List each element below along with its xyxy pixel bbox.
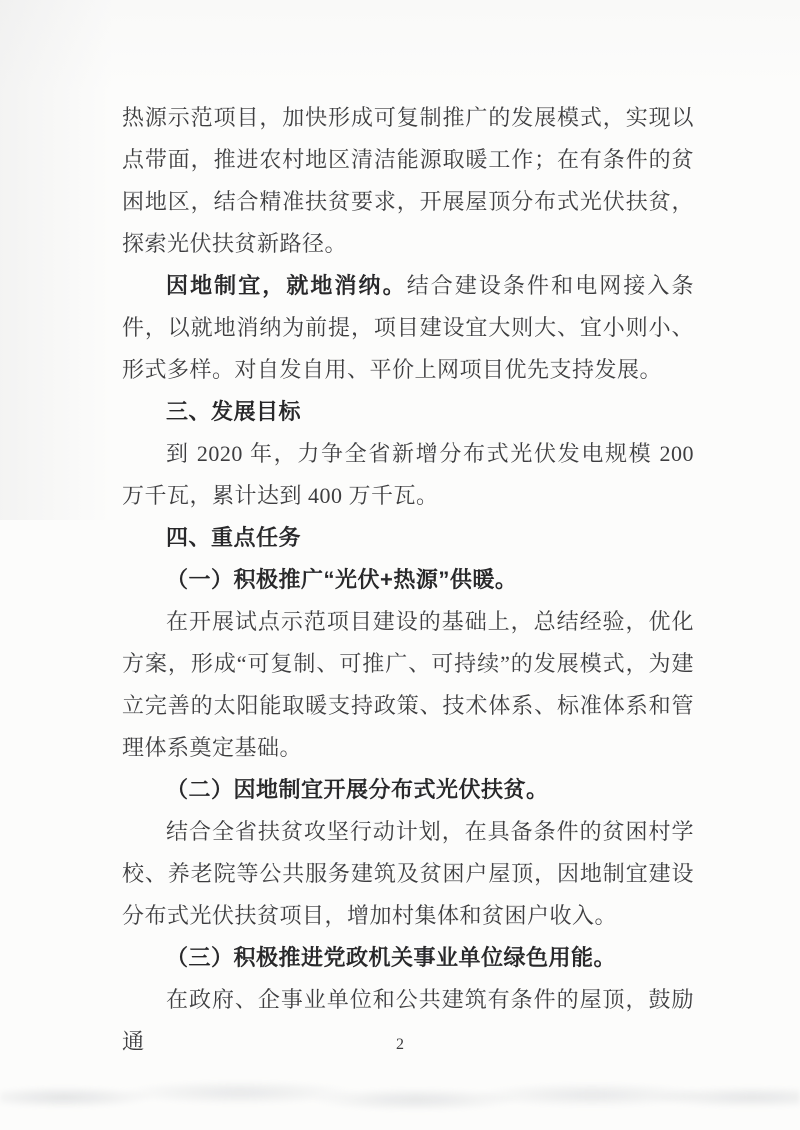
paragraph-principle: 因地制宜，就地消纳。结合建设条件和电网接入条件，以就地消纳为前提，项目建设宜大则… <box>122 265 694 391</box>
document-body: 热源示范项目，加快形成可复制推广的发展模式，实现以点带面，推进农村地区清洁能源取… <box>122 97 694 1063</box>
paragraph-task2: 结合全省扶贫攻坚行动计划，在具备条件的贫困村学校、养老院等公共服务建筑及贫困户屋… <box>122 811 694 937</box>
scan-artifact-top <box>0 0 800 90</box>
subsection-heading-task3: （三）积极推进党政机关事业单位绿色用能。 <box>122 937 694 979</box>
subsection-heading-task1: （一）积极推广“光伏+热源”供暖。 <box>122 559 694 601</box>
section-heading-development-goals: 三、发展目标 <box>122 391 694 433</box>
subsection-heading-task2: （二）因地制宜开展分布式光伏扶贫。 <box>122 769 694 811</box>
principle-lead-text: 因地制宜，就地消纳。 <box>166 273 407 298</box>
scan-artifact-bottom-band <box>0 1072 800 1118</box>
page-number: 2 <box>0 1036 800 1054</box>
paragraph-task1: 在开展试点示范项目建设的基础上，总结经验，优化方案，形成“可复制、可推广、可持续… <box>122 601 694 769</box>
paragraph-development-goal: 到 2020 年，力争全省新增分布式光伏发电规模 200 万千瓦，累计达到 40… <box>122 433 694 517</box>
section-heading-key-tasks: 四、重点任务 <box>122 517 694 559</box>
paragraph-continuation: 热源示范项目，加快形成可复制推广的发展模式，实现以点带面，推进农村地区清洁能源取… <box>122 97 694 265</box>
document-page: 热源示范项目，加快形成可复制推广的发展模式，实现以点带面，推进农村地区清洁能源取… <box>0 0 800 1130</box>
